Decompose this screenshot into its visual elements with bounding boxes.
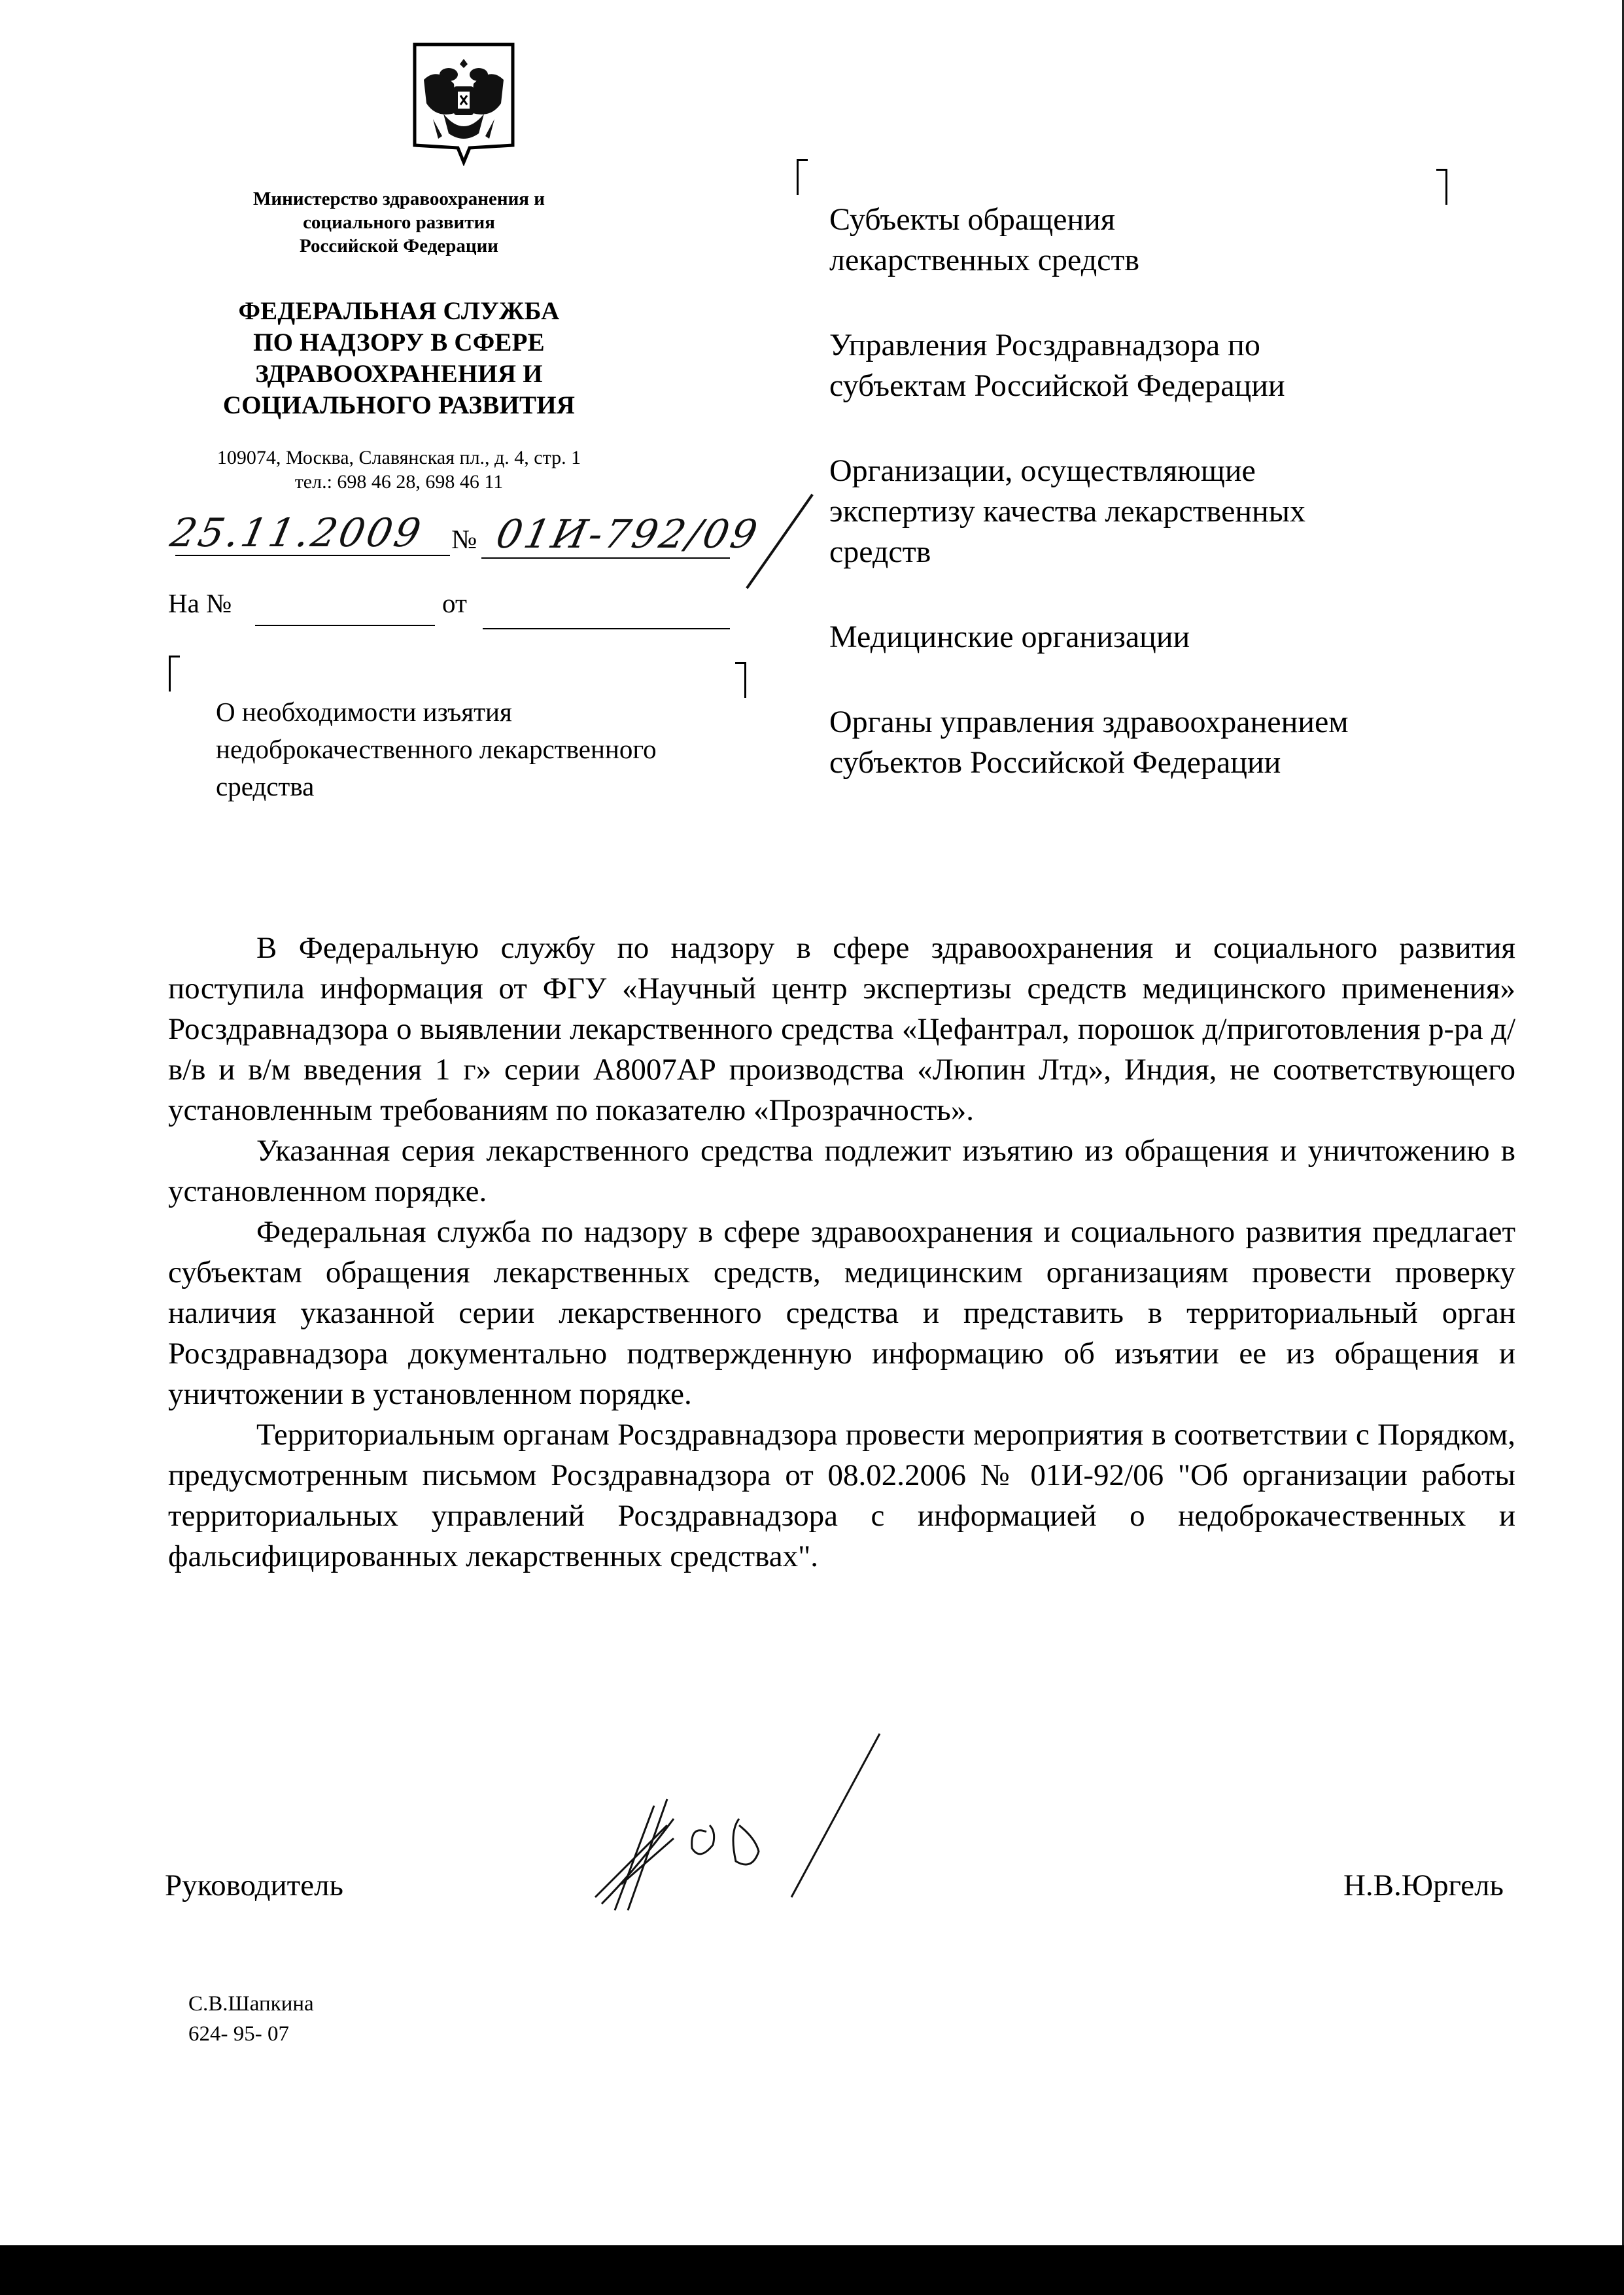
body-paragraph: Федеральная служба по надзору в сфере зд… [168,1212,1515,1414]
recipient-line: Медицинские организации [829,617,1483,657]
bracket-top-left [797,159,808,195]
recipient-item: Органы управления здравоохранением субъе… [829,702,1483,783]
recipient-item: Управления Росздравнадзора по субъектам … [829,325,1483,406]
date-underline [175,555,450,556]
registration-number: 01И-792/09 [492,512,764,557]
ministry-line: Российской Федерации [150,234,648,258]
service-line: ЗДРАВООХРАНЕНИЯ И [150,359,648,390]
recipient-line: лекарственных средств [829,240,1483,281]
body-paragraph: Территориальным органам Росздравнадзора … [168,1414,1515,1577]
registration-date: 25.11.2009 [167,510,427,556]
recipient-line: экспертизу качества лекарственных [829,491,1483,532]
recipient-line: Субъекты обращения [829,200,1483,240]
service-name: ФЕДЕРАЛЬНАЯ СЛУЖБА ПО НАДЗОРУ В СФЕРЕ ЗД… [150,296,648,421]
recipient-item: Субъекты обращения лекарственных средств [829,200,1483,281]
bracket-top-right [735,662,746,698]
service-line: ФЕДЕРАЛЬНАЯ СЛУЖБА [150,296,648,327]
phone: тел.: 698 46 28, 698 46 11 [150,470,648,494]
service-line: ПО НАДЗОРУ В СФЕРЕ [150,327,648,359]
reply-to-label: На № [168,587,232,619]
ministry-name: Министерство здравоохранения и социально… [150,187,648,258]
number-underline [481,557,730,559]
from-field [483,628,730,629]
service-line: СОЦИАЛЬНОГО РАЗВИТИЯ [150,390,648,421]
bracket-top-left [169,656,180,692]
recipient-line: субъектов Российской Федерации [829,743,1483,783]
reply-to-field [255,625,435,626]
handwritten-signature-icon [576,1727,883,1917]
signatory-title: Руководитель [165,1868,343,1903]
recipient-line: Организации, осуществляющие [829,451,1483,491]
recipients-list: Субъекты обращения лекарственных средств… [829,200,1483,828]
letter-body: В Федеральную службу по надзору в сфере … [168,928,1515,1577]
subject-line: средства [216,768,657,805]
body-paragraph: Указанная серия лекарственного средства … [168,1130,1515,1212]
from-label: от [442,587,467,619]
coat-of-arms-icon [411,41,517,166]
subject-line: О необходимости изъятия [216,693,657,731]
recipient-item: Организации, осуществляющие экспертизу к… [829,451,1483,572]
subject-line: недоброкачественного лекарственного [216,731,657,768]
signatory-name: Н.В.Юргель [1343,1868,1504,1903]
recipient-line: Органы управления здравоохранением [829,702,1483,743]
ministry-line: социального развития [150,211,648,234]
recipient-line: Управления Росздравнадзора по [829,325,1483,366]
recipient-line: субъектам Российской Федерации [829,366,1483,406]
body-paragraph: В Федеральную службу по надзору в сфере … [168,928,1515,1130]
subject: О необходимости изъятия недоброкачествен… [216,693,657,805]
executor-phone: 624- 95- 07 [188,2019,314,2049]
ministry-line: Министерство здравоохранения и [150,187,648,211]
address: 109074, Москва, Славянская пл., д. 4, ст… [150,446,648,470]
executor-name: С.В.Шапкина [188,1989,314,2019]
address-block: 109074, Москва, Славянская пл., д. 4, ст… [150,446,648,494]
recipient-item: Медицинские организации [829,617,1483,657]
executor-block: С.В.Шапкина 624- 95- 07 [188,1989,314,2049]
scan-bottom-band [0,2245,1624,2295]
recipient-line: средств [829,532,1483,572]
number-label: № [451,523,477,555]
